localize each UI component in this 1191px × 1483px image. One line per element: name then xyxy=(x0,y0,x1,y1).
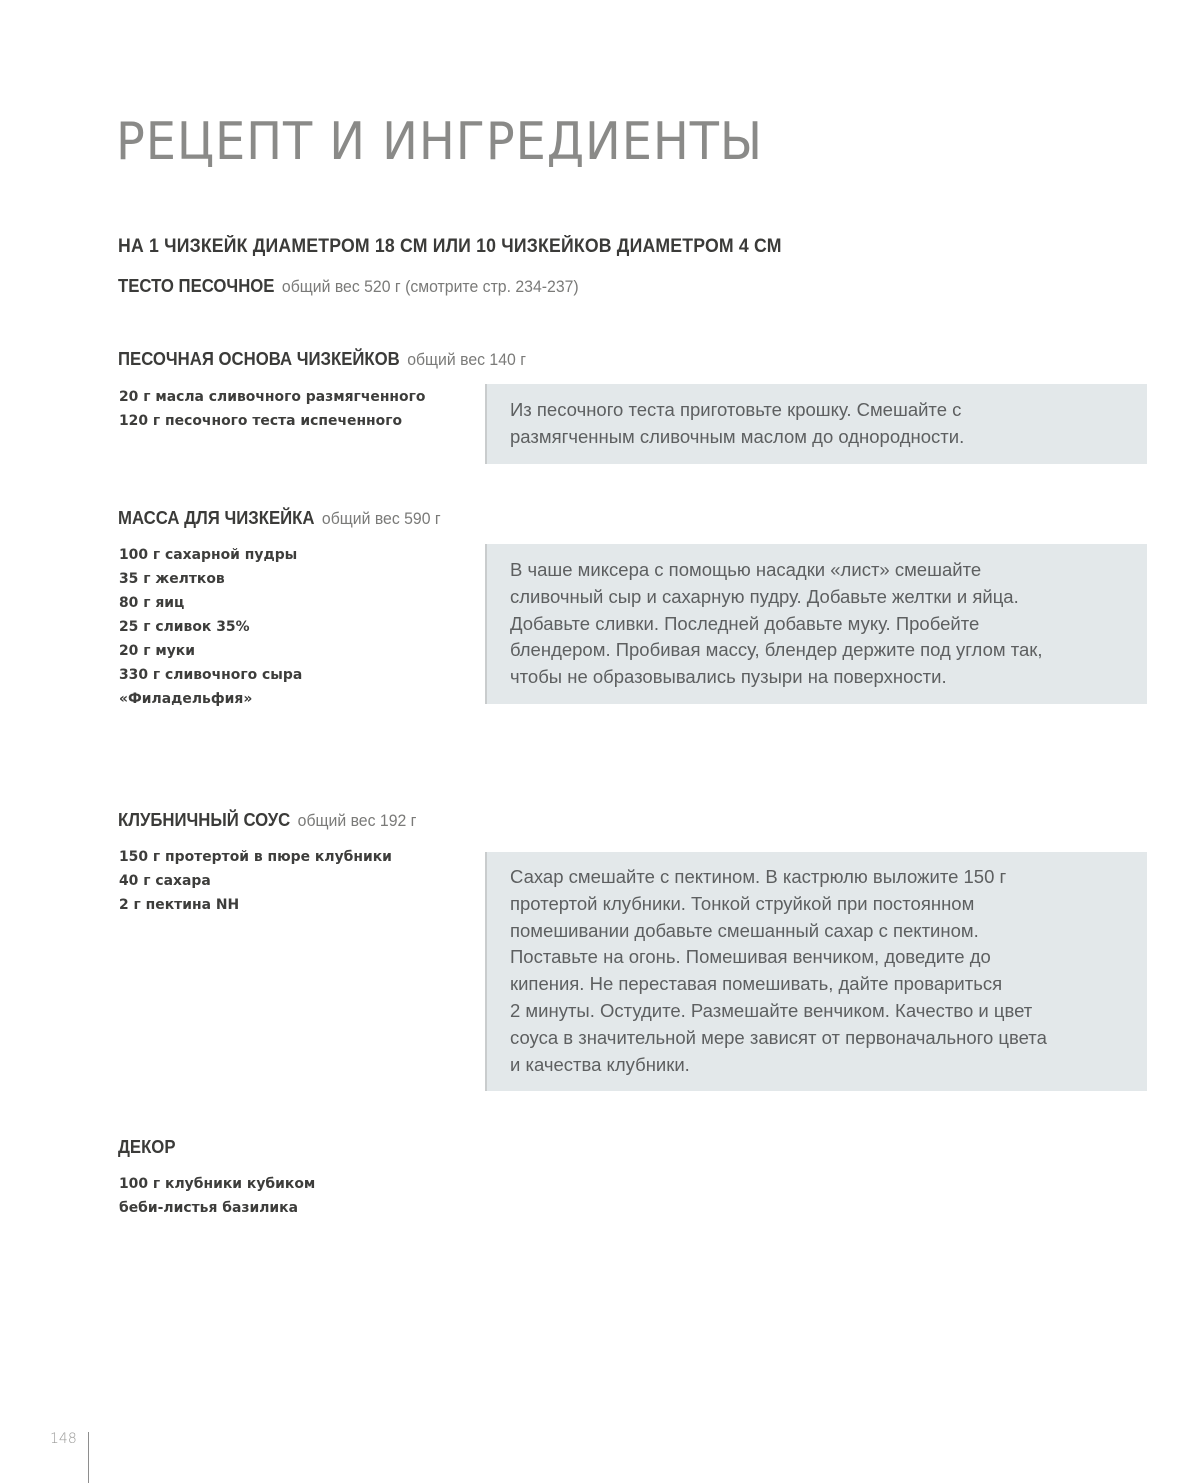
instruction-line: и качества клубники. xyxy=(510,1052,1127,1079)
instruction-line: блендером. Пробивая массу, блендер держи… xyxy=(510,637,1127,664)
section-heading-mass: МАССА ДЛЯ ЧИЗКЕЙКАобщий вес 590 г xyxy=(118,508,441,529)
ingredient-item: 120 г песочного теста испеченного xyxy=(119,409,425,433)
ingredient-item: 330 г сливочного сыра xyxy=(119,663,302,687)
section-heading-dough: ТЕСТО ПЕСОЧНОЕобщий вес 520 г (смотрите … xyxy=(118,276,579,297)
ingredient-item: 80 г яиц xyxy=(119,591,302,615)
section-weight: общий вес 192 г xyxy=(298,811,417,830)
page-number-divider xyxy=(88,1432,89,1483)
instruction-line: Из песочного теста приготовьте крошку. С… xyxy=(510,397,1127,424)
ingredient-list-sauce: 150 г протертой в пюре клубники 40 г сах… xyxy=(119,845,392,917)
instruction-line: 2 минуты. Остудите. Размешайте венчиком.… xyxy=(510,998,1127,1025)
ingredient-list-base: 20 г масла сливочного размягченного 120 … xyxy=(119,385,425,433)
section-title: КЛУБНИЧНЫЙ СОУС xyxy=(118,810,290,830)
instructions-sauce: Сахар смешайте с пектином. В кастрюлю вы… xyxy=(485,852,1147,1091)
instruction-line: чтобы не образовывались пузыри на поверх… xyxy=(510,664,1127,691)
ingredient-item: 40 г сахара xyxy=(119,869,392,893)
instruction-line: Добавьте сливки. Последней добавьте муку… xyxy=(510,611,1127,638)
instructions-base: Из песочного теста приготовьте крошку. С… xyxy=(485,384,1147,464)
section-title: ТЕСТО ПЕСОЧНОЕ xyxy=(118,276,274,296)
instruction-line: В чаше миксера с помощью насадки «лист» … xyxy=(510,557,1127,584)
instruction-line: протертой клубники. Тонкой струйкой при … xyxy=(510,891,1127,918)
ingredient-item: беби-листья базилика xyxy=(119,1196,315,1220)
ingredient-item: 25 г сливок 35% xyxy=(119,615,302,639)
ingredient-list-decor: 100 г клубники кубиком беби-листья базил… xyxy=(119,1172,315,1220)
instruction-line: сливочный сыр и сахарную пудру. Добавьте… xyxy=(510,584,1127,611)
instructions-mass: В чаше миксера с помощью насадки «лист» … xyxy=(485,544,1147,704)
ingredient-item: 20 г масла сливочного размягченного xyxy=(119,385,425,409)
instruction-line: соуса в значительной мере зависят от пер… xyxy=(510,1025,1127,1052)
section-heading-base: ПЕСОЧНАЯ ОСНОВА ЧИЗКЕЙКОВобщий вес 140 г xyxy=(118,349,526,370)
page-title: РЕЦЕПТ И ИНГРЕДИЕНТЫ xyxy=(116,112,763,172)
instruction-line: размягченным сливочным маслом до однород… xyxy=(510,424,1127,451)
section-title: МАССА ДЛЯ ЧИЗКЕЙКА xyxy=(118,508,314,528)
section-weight: общий вес 140 г xyxy=(407,350,526,369)
ingredient-list-mass: 100 г сахарной пудры 35 г желтков 80 г я… xyxy=(119,543,302,711)
ingredient-item: 150 г протертой в пюре клубники xyxy=(119,845,392,869)
section-heading-sauce: КЛУБНИЧНЫЙ СОУСобщий вес 192 г xyxy=(118,810,416,831)
ingredient-item: 2 г пектина NH xyxy=(119,893,392,917)
section-weight: общий вес 520 г (смотрите стр. 234-237) xyxy=(282,277,579,296)
section-heading-decor: ДЕКОР xyxy=(118,1137,176,1158)
section-title: ДЕКОР xyxy=(118,1137,176,1157)
section-title: ПЕСОЧНАЯ ОСНОВА ЧИЗКЕЙКОВ xyxy=(118,349,400,369)
ingredient-item: 35 г желтков xyxy=(119,567,302,591)
page-number: 148 xyxy=(50,1431,77,1447)
instruction-line: Поставьте на огонь. Помешивая венчиком, … xyxy=(510,944,1127,971)
serving-size: НА 1 ЧИЗКЕЙК ДИАМЕТРОМ 18 СМ ИЛИ 10 ЧИЗК… xyxy=(118,236,782,258)
instruction-line: помешивании добавьте смешанный сахар с п… xyxy=(510,918,1127,945)
instruction-line: кипения. Не переставая помешивать, дайте… xyxy=(510,971,1127,998)
section-weight: общий вес 590 г xyxy=(322,509,441,528)
ingredient-item: «Филадельфия» xyxy=(119,687,302,711)
instruction-line: Сахар смешайте с пектином. В кастрюлю вы… xyxy=(510,864,1127,891)
ingredient-item: 20 г муки xyxy=(119,639,302,663)
ingredient-item: 100 г сахарной пудры xyxy=(119,543,302,567)
ingredient-item: 100 г клубники кубиком xyxy=(119,1172,315,1196)
